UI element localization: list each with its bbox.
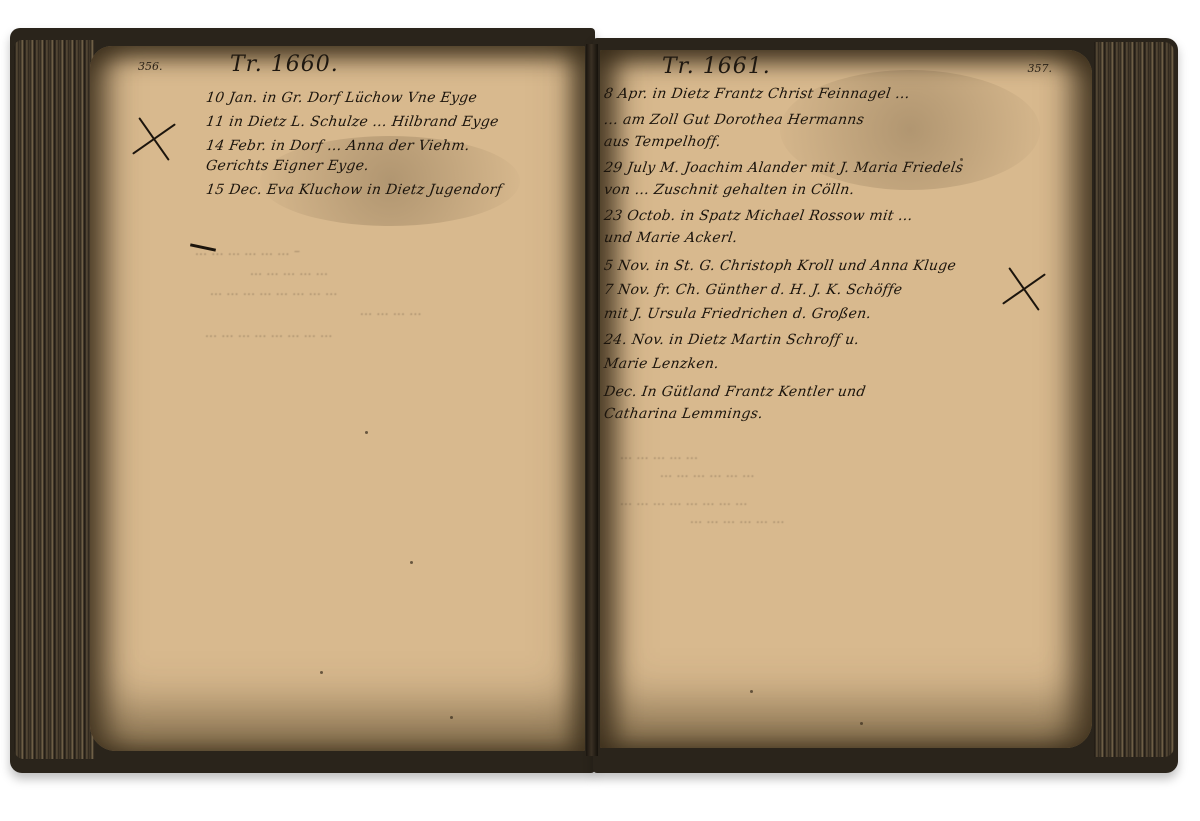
speck [960, 158, 963, 161]
register-entry: ... am Zoll Gut Dorothea Hermanns [603, 112, 865, 128]
page-number: 356. [138, 60, 163, 73]
register-entry: 14 Febr. in Dorf ... Anna der Viehm. [205, 138, 471, 154]
register-entry: von ... Zuschnit gehalten in Cölln. [603, 182, 856, 198]
faded-line: ... ... ... ... [359, 304, 422, 318]
register-entry: 11 in Dietz L. Schulze ... Hilbrand Eyge [205, 114, 500, 130]
faded-line: ... ... ... ... ... [619, 448, 699, 462]
register-entry: Gerichts Eigner Eyge. [205, 158, 370, 174]
speck [450, 716, 453, 719]
page-number: 357. [1028, 62, 1053, 75]
register-entry: 5 Nov. in St. G. Christoph Kroll und Ann… [603, 258, 957, 274]
register-entry: 8 Apr. in Dietz Frantz Christ Feinnagel … [603, 86, 911, 102]
register-entry: 24. Nov. in Dietz Martin Schroff u. [603, 332, 860, 348]
speck [410, 561, 413, 564]
margin-cross-mark [998, 268, 1044, 312]
right-page-edges [1094, 42, 1174, 757]
faded-line: ... ... ... ... ... ... ... ... [204, 326, 333, 340]
register-entry: 23 Octob. in Spatz Michael Rossow mit ..… [603, 208, 914, 224]
speck [750, 690, 753, 693]
page-header: Tr. 1660. [230, 52, 339, 77]
register-entry: und Marie Ackerl. [603, 230, 739, 246]
faded-line: ... ... ... ... ... [249, 264, 329, 278]
speck [365, 431, 368, 434]
faded-line: ... ... ... ... ... ... [689, 512, 785, 526]
register-entry: 10 Jan. in Gr. Dorf Lüchow Vne Eyge [205, 90, 478, 106]
register-entry: 7 Nov. fr. Ch. Günther d. H. J. K. Schöf… [603, 282, 903, 298]
faded-line: ... ... ... ... ... ... ... ... [619, 494, 748, 508]
speck [860, 722, 863, 725]
register-entry: 29 July M. Joachim Alander mit J. Maria … [603, 160, 964, 176]
register-entry: Catharina Lemmings. [603, 406, 764, 422]
faded-line: – ... ... ... ... ... ... [194, 244, 301, 258]
speck [320, 671, 323, 674]
right-page: 357. Tr. 1661. 8 Apr. in Dietz Frantz Ch… [600, 50, 1092, 748]
book-spine [586, 44, 598, 756]
page-header: Tr. 1661. [662, 54, 771, 79]
register-entry: mit J. Ursula Friedrichen d. Großen. [603, 306, 872, 322]
faded-line: ... ... ... ... ... ... ... ... [209, 284, 338, 298]
faded-line: ... ... ... ... ... ... [659, 466, 755, 480]
register-entry: Marie Lenzken. [603, 356, 720, 372]
left-page: 356. Tr. 1660. 10 Jan. in Gr. Dorf Lücho… [90, 46, 585, 751]
left-page-edges [14, 40, 94, 759]
register-entry: aus Tempelhoff. [603, 134, 722, 150]
register-entry: Dec. In Gütland Frantz Kentler und [603, 384, 867, 400]
open-book: 356. Tr. 1660. 10 Jan. in Gr. Dorf Lücho… [10, 28, 1178, 773]
register-entry: 15 Dec. Eva Kluchow in Dietz Jugendorf [205, 182, 503, 198]
margin-cross-mark [128, 118, 174, 162]
